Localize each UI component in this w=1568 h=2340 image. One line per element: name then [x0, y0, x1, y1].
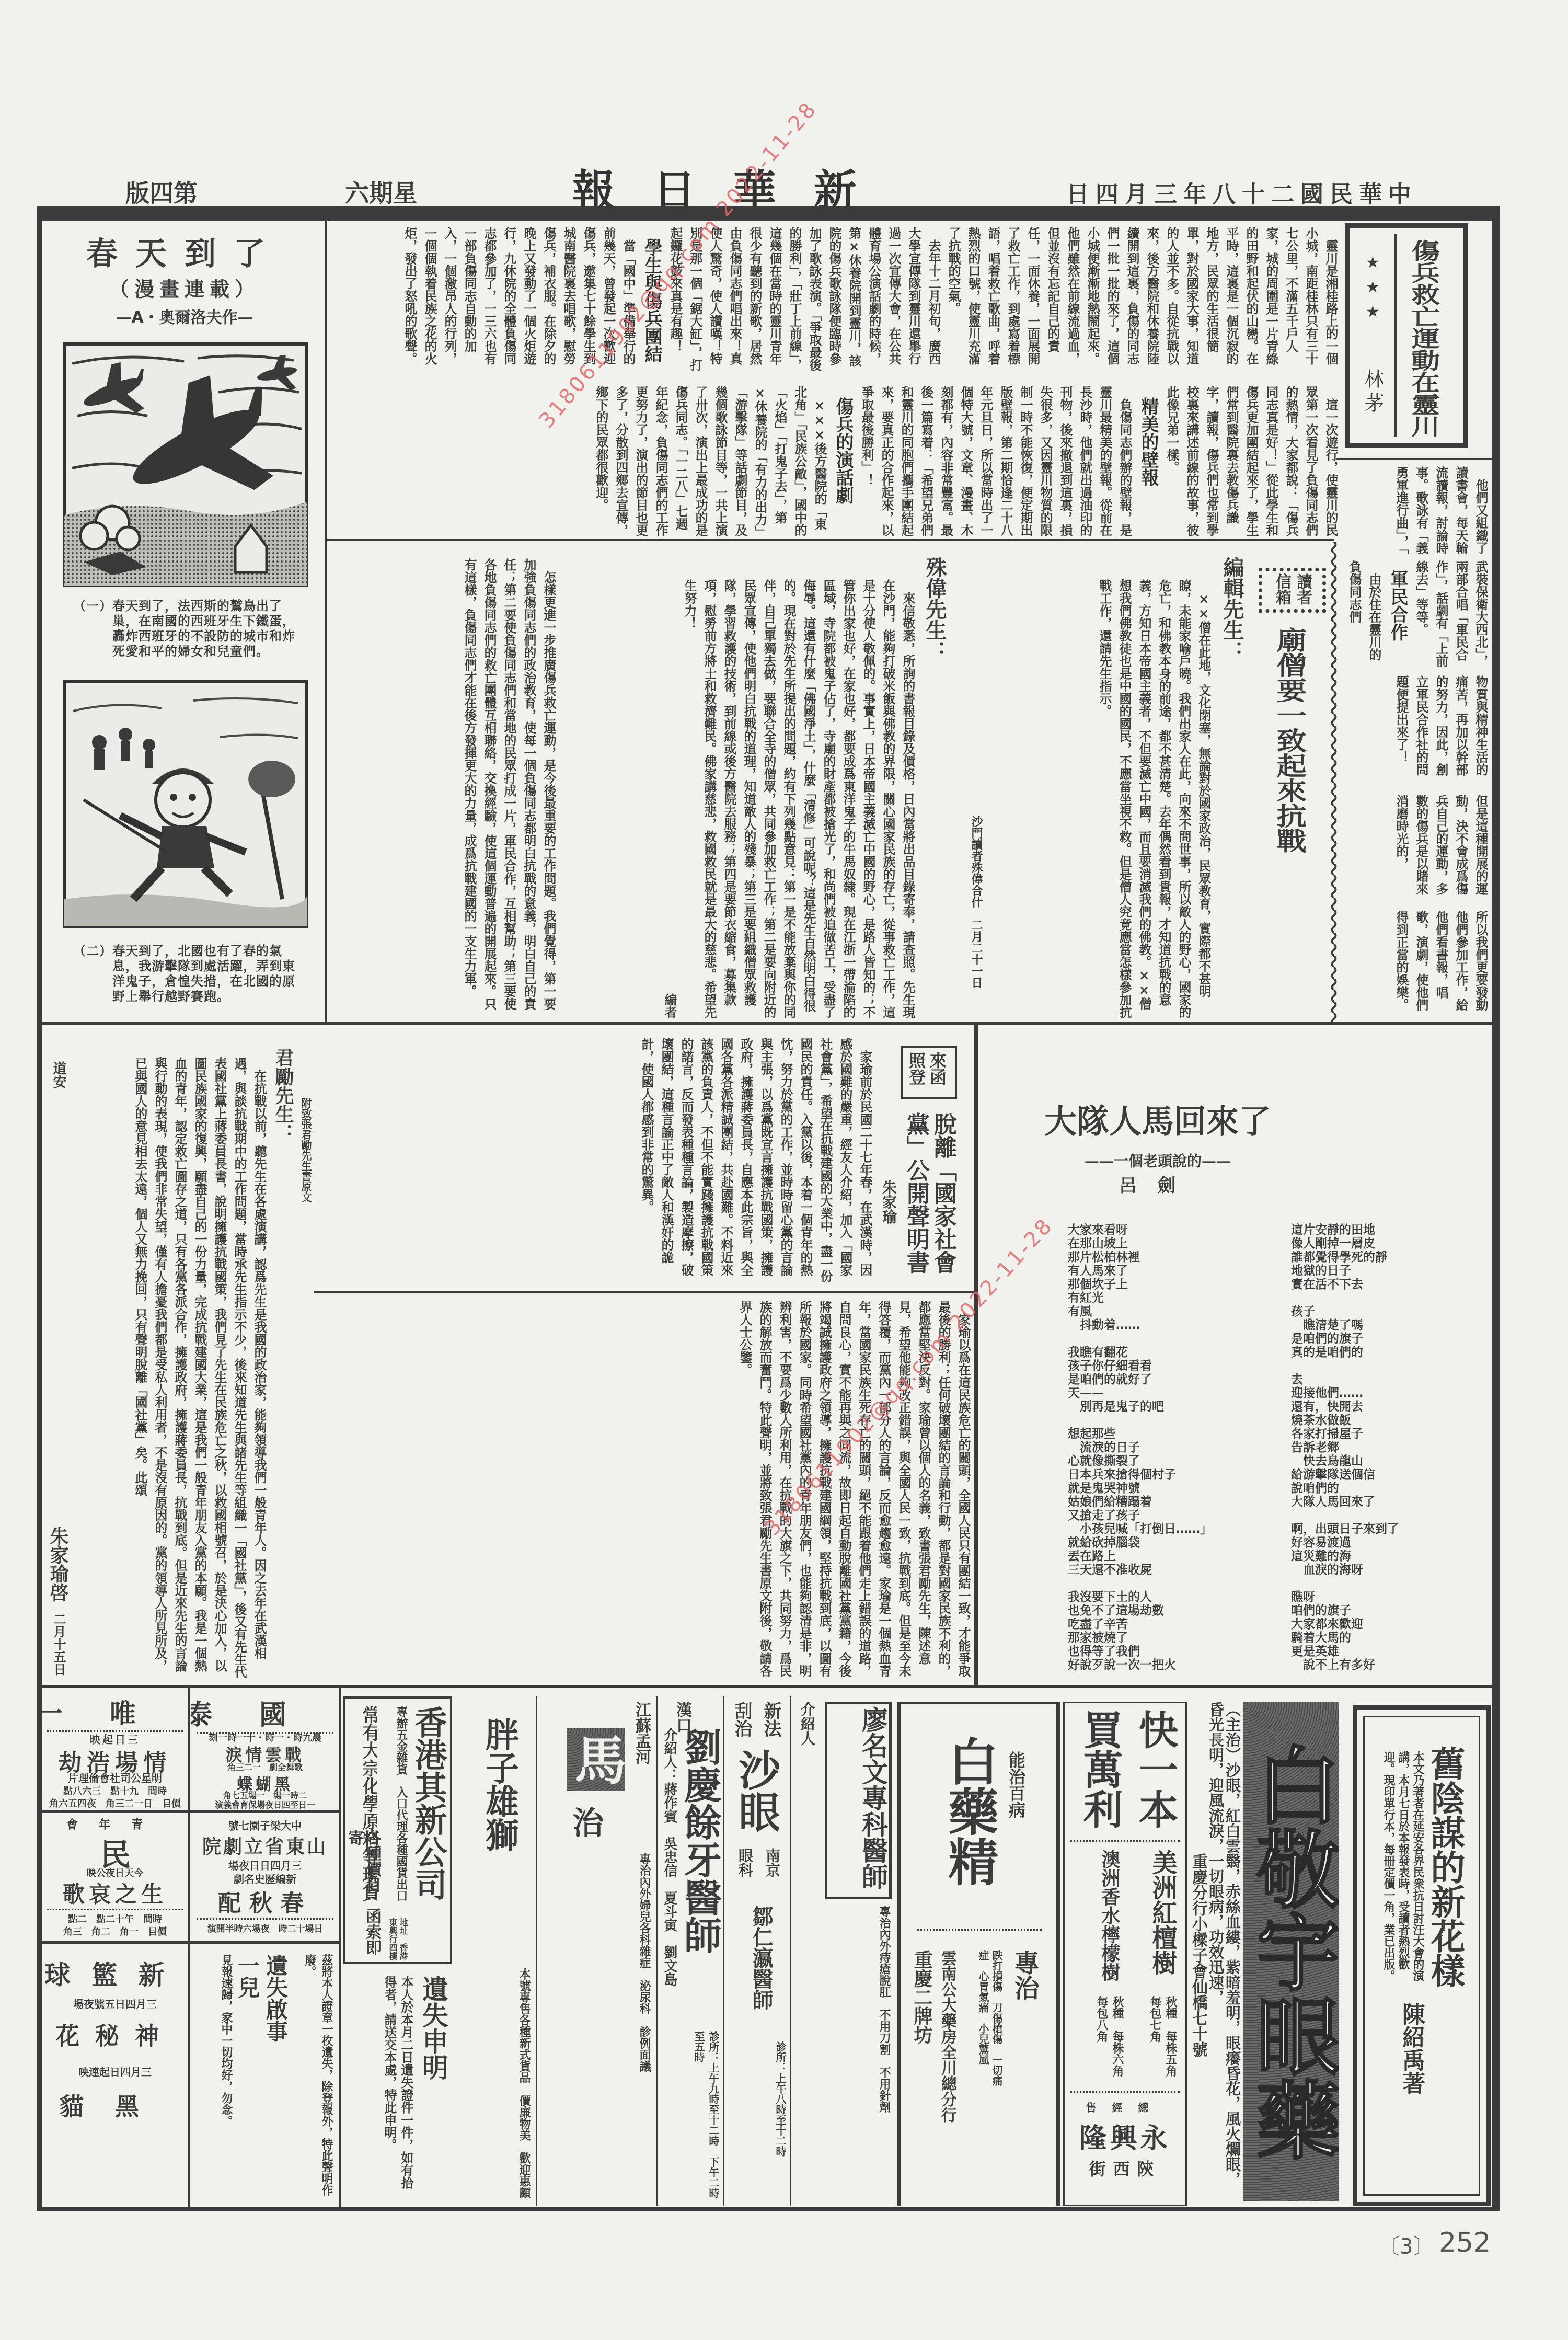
cartoon-panel-2-illustration	[63, 680, 308, 928]
company-address: 地址 香港東興行四樓	[379, 1918, 408, 1960]
slogan-column-1: 快一本	[1130, 1710, 1180, 1829]
theater-address: 中大梁子園七號	[191, 1818, 339, 1833]
ads-divider	[188, 1688, 190, 2207]
treatment-label: 治	[567, 1806, 604, 1838]
product-1: 美洲紅檀樹	[1147, 1850, 1178, 1975]
cinema-org: 青年會	[42, 1816, 188, 1832]
ad-menghe-doctor: 江蘇孟河 馬 治 專治內外婦兒各科雜症 泌尿科 診例面議	[538, 1696, 658, 2206]
poem-line: 迎接他們……	[1291, 1386, 1399, 1400]
referrer-label: 介紹人	[798, 1702, 816, 1746]
statement-title: 遺失申明	[418, 1976, 449, 2195]
showtimes: 時間 午十二點 二點	[42, 1912, 188, 1925]
ads-top-rule	[42, 1685, 1492, 1688]
schedule-line: 三月四日起連映	[42, 2064, 188, 2079]
article-right-tier-3: 物質與精神生活的痛苦，再加以幹部的努力，因此，創立軍民合作社的問題便提出來了！	[1341, 675, 1491, 788]
ad-lost-notice: 一兒 見報速歸，家中一切均好，勿念。 遺失啟事 茲將本人證章一枚遺失，除登報外，…	[191, 1944, 339, 2207]
ad-divider	[917, 1929, 1042, 1931]
paragraph: 負傷同志們辦的壁報，是靈川最精美的壁報。從前在長沙時，他們就出過油印的刊物，後來…	[857, 386, 1135, 537]
poem-line: 快去烏龍山	[1291, 1454, 1399, 1468]
dentist-name: 劉慶餘牙醫師	[679, 1728, 721, 2021]
poem-line	[1291, 1359, 1399, 1373]
poem-line: 有風	[1068, 1305, 1212, 1318]
poem-line: 更是英雄	[1291, 1645, 1399, 1658]
show-title: 神秘花	[42, 2017, 188, 2051]
paragraph: 物質與精神生活的痛苦，再加以幹部的努力，因此，創立軍民合作社的問題便提出來了！	[1391, 675, 1491, 788]
poem-line: 燒茶水做飯	[1291, 1414, 1399, 1427]
statement-author: 朱家瑜	[880, 1180, 897, 1224]
doctor-name: 廖名文專科醫師	[825, 1702, 892, 1899]
weekday-label: 星期六	[345, 174, 417, 209]
distributor: 雲南公大藥房全川總分行	[936, 1950, 956, 2190]
paragraph: 靈川是湘桂路上的一個小城，南距桂林只有三十七公里，不滿五千戶人家，城的周圍是一片…	[943, 227, 1341, 374]
poem-line: 有紅光	[1068, 1291, 1212, 1305]
subheading-drama: 傷兵的演話劇	[829, 386, 857, 537]
poem-author: 呂劍	[1043, 1171, 1273, 1197]
paragraph: ××僧在此地，文化閉塞，無論對於國家政治，民眾教育，實際都不甚明瞭，未能家喻戶曉…	[1094, 579, 1214, 1018]
condition-name: 沙眼	[732, 1749, 779, 1832]
poem-line: 心就像撕裂了	[1068, 1454, 1212, 1468]
frame-bottom-border	[37, 2207, 1500, 2211]
caption-text: 春天到了，法西斯的鷲鳥出了巢，在南國的西班牙生下鐵蛋，轟炸西班牙的不設防的城市和…	[112, 599, 306, 659]
poem-line: 在那山坡上	[1068, 1237, 1212, 1251]
cinema-name: 國泰	[197, 1693, 333, 1734]
poem-line: 孩子	[1291, 1305, 1399, 1318]
medicine-name: 白藥精	[941, 1736, 998, 1886]
doctor-body: 專治內外婦兒各科雜症 泌尿科 診例面議	[542, 1853, 652, 2198]
poem-line: 又搶走了孩子	[1068, 1509, 1212, 1522]
book-title: 舊陰謀的新花樣	[1424, 1746, 1466, 1988]
title-box-divider	[1394, 234, 1397, 437]
branch-address: 重慶分行小樑子會仙橋七十號	[1189, 1853, 1207, 2193]
company-price-note: 各種價目 函索即寄	[345, 1830, 381, 1960]
notice-title: 一兒	[234, 1954, 260, 2200]
edition-label: 第四版	[125, 174, 198, 209]
statement-tier-rule	[314, 1291, 974, 1293]
article-title: 傷兵救亡運動在靈川	[1402, 239, 1445, 437]
poem-line: 是咱們的就好了	[1068, 1373, 1212, 1386]
poem-line: 說咱們的	[1291, 1482, 1399, 1495]
film-studio: 明星公司社會倫理片	[42, 1770, 188, 1785]
caption-text: 春天到了，北國也有了春的氣息，我游擊隊到處活躍，弄到東洋鬼子，倉惶失措，在北國的…	[112, 944, 306, 1004]
poem-line: 大家都來歡迎	[1291, 1618, 1399, 1631]
theater-name: 山東省立劇院	[191, 1832, 339, 1859]
paragraph: 來信敬悉，所詢的書報目錄及價格，日內當將出品目錄寄奉，請查照。先生現在沙門，能夠…	[679, 579, 918, 1018]
clinic-info: 診所：上午八時至十二時	[726, 2041, 788, 2198]
ad-basketball-cinema: 新籃球 三月四日五號夜場 神秘花 三月四日起連映 黑貓	[42, 1944, 188, 2207]
poem-line: 那個坎子上	[1068, 1278, 1212, 1291]
company-services: 專辦五金雜貨 入口代理各種國貨出口	[379, 1706, 408, 1915]
showtimes: 日場十二時 夜場六時半開演	[191, 1921, 339, 1934]
frame-left-border	[37, 206, 42, 2210]
medicine-claim: 能治百病	[1006, 1751, 1027, 1818]
article-right-tier-4: 但是這種開展的運動，決不會成爲傷兵自己的運動，多數的傷兵是以賭來消磨時光的，	[1341, 795, 1491, 904]
poem-line: 小孩兒喊「打倒日……」	[1068, 1522, 1212, 1536]
poem-right-column: 這片安靜的田地像人剛掉一層皮誰都覺得學死的靜地獄的日子實在活不下去孩子 瞧清楚了…	[1291, 1223, 1399, 1672]
showtimes: 時間 九十點 三六八點	[42, 1784, 188, 1797]
poem-divider	[974, 1025, 978, 1685]
letter-to-zhang-body: 在抗戰以前，聽先生在各處演講，認爲先生是我國的政治家，能夠領導我們一般青年人。因…	[73, 1057, 269, 1679]
notice: 一日至四日夜場保育會義演	[191, 1798, 339, 1810]
poem-line: 瞧清楚了嗎	[1291, 1318, 1399, 1332]
ad-divider	[1070, 1840, 1180, 1842]
statement-body: 本人於本月二日遺失證件一件，如有拾得者，請送交本處，特此申明。	[347, 1976, 414, 2195]
brand-name: 胖子雄獅	[478, 1717, 520, 1953]
letter-salutation: 編輯先生：	[1220, 557, 1244, 661]
poem-line: 真的是咱們的	[1291, 1346, 1399, 1359]
venue-name: 新籃球	[42, 1954, 188, 1992]
paragraph: 由於住在靈川的負傷同志們	[1344, 560, 1384, 668]
treats-label: 專治	[1009, 1950, 1040, 2000]
poem-line: 我沒要下土的人	[1068, 1590, 1212, 1604]
poem-line: 日本兵來搶得個村子	[1068, 1468, 1212, 1482]
agent-address: 陝西街	[1065, 2156, 1185, 2180]
film-title: 生之哀歌	[47, 1877, 183, 1910]
ticket-prices: 價目 日一二三角 夜四五六角	[42, 1796, 188, 1810]
specialty: 南京眼科專門	[725, 1848, 786, 1890]
agent-name: 永興隆	[1065, 2116, 1185, 2155]
notice-title: 遺失啟事	[262, 1954, 289, 2200]
poem-line: 這片安靜的田地	[1291, 1223, 1399, 1237]
doctor-body: 專治內外痔瘡脫肛 不用刀割 不用針劑	[795, 1906, 892, 2198]
play-title: 春秋配	[197, 1885, 333, 1920]
editor-reply-body: 來信敬悉，所詢的書報目錄及價格，日內當將出品目錄寄奉，請查照。先生現在沙門，能夠…	[562, 579, 918, 1018]
subheading-army-civilian: 軍民合作	[1384, 560, 1411, 668]
poem-line	[1068, 1577, 1212, 1590]
poem-line	[1068, 1414, 1212, 1427]
attachment-label: 附致張君勵先生書原文	[298, 1098, 314, 1202]
poem-line: 咱們的旗子	[1291, 1604, 1399, 1618]
poem-line: 告訴老鄉	[1291, 1441, 1399, 1454]
schedule-line: 三月四日五號夜場	[42, 1996, 188, 2011]
poem-left-column: 大家來看呀在那山坡上那片松柏林裡有人馬來了那個坎子上有紅光有風 抖動着……我瞧有…	[1068, 1223, 1212, 1672]
statement-title-line-2: 黨」公開聲明書	[902, 1112, 929, 1274]
statement-title-line-1: 脫離「國家社會	[929, 1112, 956, 1274]
poem-line: 實在活不下去	[1291, 1278, 1399, 1291]
poem-line: 誰都覺得學死的靜	[1291, 1251, 1399, 1264]
editor-signature: 編者	[660, 579, 679, 1018]
product-2-price: 秋種 每株六角 每包八角	[1078, 1996, 1125, 2085]
medicine-indications: （主治）沙眼，紅白雲翳，赤絲血縷，紫暗羞明，眼癢昏花，風火爛眼，昏光長明，迎風流…	[1207, 1702, 1241, 2198]
ad-liao-doctor: 廖名文專科醫師 介紹人 專治內外痔瘡脫肛 不用刀割 不用針劑	[792, 1696, 895, 2206]
poem-line: 瞧呀	[1291, 1590, 1399, 1604]
ad-lost-statement: 遺失申明 本人於本月二日遺失證件一件，如有拾得者，請送交本處，特此申明。	[343, 1968, 452, 2206]
notice-body: 茲將本人證章一枚遺失，除登報外，特此聲明作廢。	[290, 1954, 335, 2200]
poem-line: 好說歹說一次一把火	[1068, 1658, 1212, 1672]
poem-title: 大隊人馬回來了	[1043, 1096, 1273, 1142]
article-right-tier-1: 他們又組織了讀書會，每天輪流讀報，討論時事。歌詠有「義勇軍進行曲」，「	[1341, 466, 1491, 556]
ticket-prices: 價目 一角 二角 三角	[42, 1924, 188, 1938]
readers-mailbox-label: 讀者信箱	[1271, 573, 1313, 610]
poem-line: 這災難的海	[1291, 1550, 1399, 1563]
ad-guotai-cinema: 國泰 晨九時・一時・十一時一刻 戰雲情淚 歌舞全劇 一二三角 黑蝴蝶 二時一場 …	[191, 1690, 339, 1810]
poem-line: 地獄的日子	[1291, 1264, 1399, 1278]
show-date: 三月四日日夜場	[191, 1857, 339, 1873]
wavy-divider	[1330, 542, 1338, 1022]
ad-weiyi-cinema: 唯一 三日起映 情場浩劫 明星公司社會倫理片 時間 九十點 三六八點 價目 日一…	[42, 1690, 188, 1810]
poem-line: 各家打掃屋子	[1291, 1427, 1399, 1441]
paragraph: 武裝保衛大西北」，兩部合唱「軍民合作」，話劇有「上前線去」等等。	[1411, 560, 1491, 668]
poem-line: 去	[1291, 1373, 1399, 1386]
cartoon-panel-1-caption: （一） 春天到了，法西斯的鷲鳥出了巢，在南國的西班牙生下鐵蛋，轟炸西班牙的不設防…	[73, 599, 306, 659]
poem-line: 大家來看呀	[1068, 1223, 1212, 1237]
paragraph: 怎樣更進一步推廣傷兵救亡運動，是今後最重要的工作問題。我們覺得，第一要加強負傷同…	[459, 558, 559, 1017]
upper-article-bottom-rule	[327, 539, 1334, 541]
poem-line: 是咱們的旗子	[1291, 1332, 1399, 1346]
letter-to-zhang-salutation: 君勵先生：	[272, 1048, 294, 1142]
cartoon-panel-1-illustration	[63, 342, 308, 587]
poem-line: 也得等了我們	[1068, 1645, 1212, 1658]
slogan-column-2: 買萬利	[1075, 1710, 1125, 1829]
caption-number: （二）	[73, 944, 112, 1004]
cartoon-column-divider	[325, 221, 327, 1024]
article-tier-2: 這一次遊行，使靈川的民眾第一次看見了負傷同志們的熱情，大家都說：「傷兵同志真是好…	[329, 386, 1341, 537]
ad-pangzi: 胖子雄獅 本號專售各種新式貨品 價廉物美 歡迎惠顧	[455, 1696, 537, 2206]
poem-line: 我瞧有翻花	[1068, 1346, 1212, 1359]
poem-line: 血淚的海呀	[1291, 1563, 1399, 1577]
medicine-name: 白敬宇眼藥	[1243, 1702, 1339, 2201]
location: 重慶二牌坊	[910, 1950, 932, 2044]
volume-number: 〔3〕	[1379, 2230, 1434, 2260]
ads-divider	[339, 1688, 341, 2207]
ad-shandong-theater: 中大梁子園七號 山東省立劇院 三月四日日夜場 新編歷史名劇 春秋配 日場十二時 …	[191, 1813, 339, 1941]
statement-body-lower: 家瑜以爲在這民族危亡的關頭，全國人民只有團結一致，才能爭取最後的勝利；任何破壞團…	[314, 1301, 973, 1680]
show-title: 黑貓	[42, 2087, 188, 2122]
cartoon-author: —A・奧爾洛夫作—	[45, 304, 324, 327]
brand-body: 本號專售各種新式貨品 價廉物美 歡迎惠顧	[458, 1968, 532, 2198]
paragraph: 他們又組織了讀書會，每天輪流讀報，討論時事。歌詠有「義勇軍進行曲」，「	[1391, 466, 1491, 556]
ad-book-jiuyinmou: 舊陰謀的新花樣 陳紹禹著 本文乃著者在延安各界民衆抗日討汪大會的演講，本月七日於…	[1353, 1705, 1491, 2206]
treatment-method: 新法刮治	[727, 1702, 786, 1743]
paragraph: 這一次遊行，使靈川的民眾第一次看見了負傷同志們的熱情，大家都說：「傷兵同志真是好…	[1162, 386, 1341, 537]
poem-line	[1291, 1291, 1399, 1305]
poem-line: 天——	[1068, 1386, 1212, 1400]
ad-liu-dentist: 漢口 劉慶餘牙醫師 介紹人：蔣作賓 吳忠信 夏斗寅 劉文島 診所：上午九時至十二…	[659, 1696, 724, 2206]
product-1-price: 秋種 每株五角 每包七角	[1131, 1996, 1178, 2085]
poem-line	[1291, 1509, 1399, 1522]
mailbox-headline: 廟僧要一致起來抗戰	[1270, 627, 1308, 853]
poem-line: 說不上有多好	[1291, 1658, 1399, 1672]
cinema-name: 唯一	[47, 1693, 183, 1732]
reader-letter-signature: 沙門讀者殊偉合什 二月二十一日	[968, 816, 984, 988]
reply-salutation: 殊偉先生：	[923, 557, 947, 661]
paragraph: ×××後方醫院的「東北角」「民族公敵」，國中的「火焰」「打鬼子去」，第×休養院的…	[591, 386, 829, 537]
poem-line	[1291, 1577, 1399, 1590]
doctor-name: 鄒仁瀛醫師	[748, 1906, 774, 2031]
poem-line: 三天還不准收屍	[1068, 1563, 1212, 1577]
top-band-bottom-rule	[42, 1022, 1492, 1025]
book-blurb: 本文乃著者在延安各界民衆抗日討汪大會的演講，本月七日於本報發表時，受讀者熱烈歡迎…	[1367, 1751, 1425, 1992]
poem-line: 姑娘們給糟蹋着	[1068, 1495, 1212, 1509]
poem-line: 好容易渡過	[1291, 1536, 1399, 1550]
treats-list: 跌打損傷 刀傷槍傷 一切痛症 心胃氣痛 小兒驚風	[956, 1950, 1004, 2086]
paragraph: 所以我們更要發動他們參加工作，給他們看書報，唱歌，演劇，使他們得到正當的娛樂。	[1391, 911, 1491, 1018]
ad-minzhong-cinema: 青年會 民衆 今天日夜公映 生之哀歌 時間 午十二點 二點 價目 一角 二角 三…	[42, 1813, 188, 1941]
notice-body: 見報速歸，家中一切均好，勿念。	[198, 1954, 234, 2200]
paragraph: 去年十二月初旬，廣西大學宣傳隊到靈川還舉行過一次宣傳大會，在公共體育場公演話劇的…	[665, 227, 943, 374]
poem-line: 抖動着……	[1068, 1318, 1212, 1332]
poem-line: 別再是鬼子的吧	[1068, 1400, 1212, 1414]
paragraph: 但是這種開展的運動，決不會成爲傷兵自己的運動，多數的傷兵是以賭來消磨時光的，	[1391, 795, 1491, 904]
newspaper-page: 第四版 星期六 新華日報 中華民國二十八年三月四日 春天到了 （漫畫連載） —A…	[0, 0, 1568, 2340]
ad-yiben-wanli: 快一本 買萬利 美洲紅檀樹 澳洲香水檸檬樹 秋種 每株五角 每包七角 秋種 每株…	[1063, 1702, 1187, 2206]
poem-line: 像人剛掉一層皮	[1291, 1237, 1399, 1251]
poem-line: 騎着大馬的	[1291, 1631, 1399, 1645]
cartoon-title: 春天到了	[45, 229, 324, 274]
cartoon-panel-2-caption: （二） 春天到了，北國也有了春的氣息，我游擊隊到處活躍，弄到東洋鬼子，倉惶失措，…	[73, 944, 306, 1004]
article-tier-1: 靈川是湘桂路上的一個小城，南距桂林只有三十七公里，不滿五千戶人家，城的周圍是一片…	[329, 227, 1341, 374]
poem-line: 給游擊隊送個信	[1291, 1468, 1399, 1482]
poem-line: 丟在路上	[1068, 1550, 1212, 1563]
page-number: 252	[1439, 2227, 1491, 2258]
poem-line: 那家被燒了	[1068, 1631, 1212, 1645]
poem-line: 流淚的日子	[1068, 1441, 1212, 1454]
genre: 新編歷史名劇	[191, 1871, 339, 1886]
poem-subtitle: ——一個老頭說的——	[1043, 1150, 1273, 1171]
poem-line: 大隊人馬回來了	[1291, 1495, 1399, 1509]
decorative-stars-icon: ★★★	[1362, 254, 1383, 327]
title-box-bottom-rule	[1336, 458, 1492, 460]
statement-body-upper: 家瑜前於民國二十七年春，在武漢時，因感於國難的嚴重，經友人介紹，加入「國家社會黨…	[320, 1038, 875, 1286]
poem-line: 還有，快開去	[1291, 1400, 1399, 1414]
paragraph: 在抗戰以前，聽先生在各處演講，認爲先生是我國的政治家，能夠領導我們一般青年人。因…	[130, 1057, 269, 1679]
top-rule	[37, 206, 1499, 221]
poem-line: 也免不了這場劫數	[1068, 1604, 1212, 1618]
caption-number: （一）	[73, 599, 112, 659]
poem-line: 有人馬來了	[1068, 1264, 1212, 1278]
agent-label: 總經售	[1065, 2100, 1185, 2115]
poem-line: 啊，出頭日子來到了	[1291, 1522, 1399, 1536]
paragraph: 家瑜前於民國二十七年春，在武漢時，因感於國難的嚴重，經友人介紹，加入「國家社會黨…	[637, 1038, 875, 1286]
poem-line: 想起那些	[1068, 1427, 1212, 1441]
poem-line: 吃盡了辛苦	[1068, 1618, 1212, 1631]
poem-line: 就給砍掉腦袋	[1068, 1536, 1212, 1550]
ad-divider	[1070, 2091, 1180, 2093]
company-name: 香港其新公司	[409, 1706, 447, 1957]
poem-line: 就是鬼哭神號	[1068, 1482, 1212, 1495]
subheading-wall-newspaper: 精美的壁報	[1135, 386, 1162, 537]
doctor-name: 馬	[567, 1728, 625, 1791]
poem-line: 那片松柏林裡	[1068, 1251, 1212, 1264]
dentist-referrers: 介紹人：蔣作賓 吳忠信 夏斗寅 劉文島	[659, 1728, 679, 2021]
issue-date: 中華民國二十八年三月四日	[1066, 176, 1417, 209]
book-author: 陳紹禹著	[1398, 2002, 1425, 2094]
article-right-tier-5: 所以我們更要發動他們參加工作，給他們看書報，唱歌，演劇，使他們得到正當的娛樂。	[1341, 911, 1491, 1018]
letters-published-label-box: 來函照登	[901, 1046, 957, 1099]
article-right-tier-2: 武裝保衛大西北」，兩部合唱「軍民合作」，話劇有「上前線去」等等。 軍民合作 由於…	[1341, 560, 1491, 668]
article-continuation: 怎樣更進一步推廣傷兵救亡運動，是今後最重要的工作問題。我們覺得，第一要加強負傷同…	[329, 558, 559, 1017]
ad-trachoma-doctor: 新法刮治 沙眼 南京眼科專門 鄒仁瀛醫師 診所：上午八時至十二時	[725, 1696, 791, 2206]
poem-line: 孩子你仔細看看	[1068, 1359, 1212, 1373]
letter-closing: 道安	[49, 1061, 68, 1088]
frame-right-border	[1492, 206, 1500, 2210]
article-author: 林茅	[1361, 369, 1384, 417]
poem-line	[1068, 1332, 1212, 1346]
readers-mailbox-label-box: 讀者信箱	[1259, 568, 1326, 613]
letters-published-label: 來函照登	[906, 1052, 948, 1094]
doctor-origin: 江蘇孟河	[632, 1702, 651, 1785]
cartoon-subtitle: （漫畫連載）	[45, 273, 324, 302]
product-2: 澳洲香水檸檬樹	[1093, 1850, 1125, 1981]
dentist-clinic: 診所：上午九時至十二時 下午二時至五時	[659, 2031, 721, 2198]
ad-baijingyu-eye-medicine: 白敬宇眼藥 （主治）沙眼，紅白雲翳，赤絲血縷，紫暗羞明，眼癢昏花，風火爛眼，昏光…	[1188, 1696, 1342, 2206]
letter-signature-name: 朱家瑜啓	[47, 1527, 68, 1602]
reader-letter-body: ××僧在此地，文化閉塞，無論對於國家政治，民眾教育，實際都不甚明瞭，未能家喻戶曉…	[988, 579, 1214, 1018]
letter-signature-date: 二月十五日	[50, 1613, 67, 1676]
ad-baiyaojing: 白藥精 能治百病 專治 跌打損傷 刀傷槍傷 一切痛症 心胃氣痛 小兒驚風 雲南公…	[897, 1702, 1060, 2206]
